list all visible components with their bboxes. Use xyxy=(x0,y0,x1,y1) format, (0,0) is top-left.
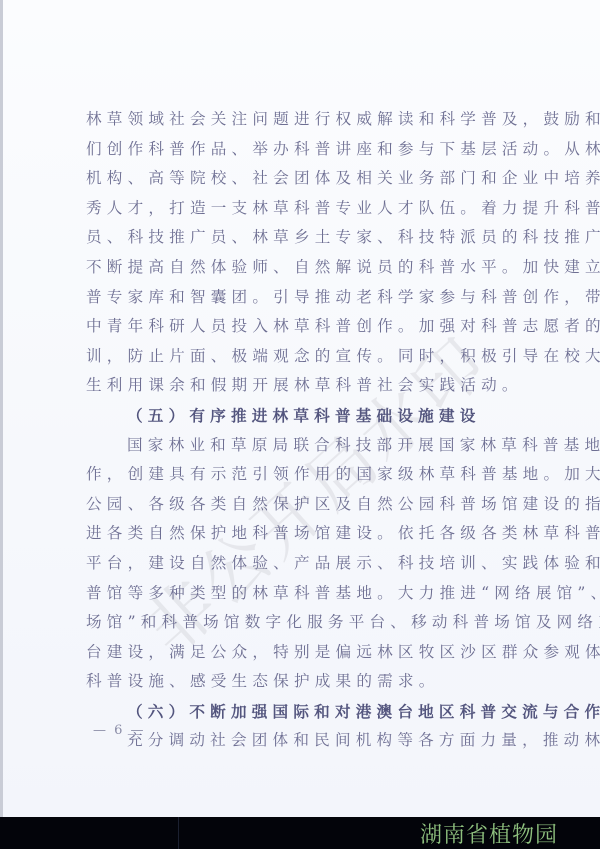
section-heading-6: （六）不断加强国际和对港澳台地区科普交流与合作 xyxy=(86,697,526,727)
body-line: 们创作科普作品、举办科普讲座和参与下基层活动。从林草科研 xyxy=(86,135,526,165)
document-page: 非公开局水印 林草领域社会关注问题进行权威解读和科学普及，鼓励和支持他 们创作科… xyxy=(0,0,600,817)
body-line: 普专家库和智囊团。引导推动老科学家参与科普创作，带动更多 xyxy=(86,283,526,313)
body-line: 机构、高等院校、社会团体及相关业务部门和企业中培养选拔优 xyxy=(86,164,526,194)
body-line: 中青年科研人员投入林草科普创作。加强对科普志愿者的专业培 xyxy=(86,312,526,342)
body-line: 不断提高自然体验师、自然解说员的科普水平。加快建立林草科 xyxy=(86,253,526,283)
footer-divider xyxy=(178,817,179,849)
body-line: 林草领域社会关注问题进行权威解读和科学普及，鼓励和支持他 xyxy=(86,105,526,135)
body-line: 秀人才，打造一支林草科普专业人才队伍。着力提升科普创作人 xyxy=(86,194,526,224)
section-heading-5: （五）有序推进林草科普基础设施建设 xyxy=(86,401,526,431)
paragraph-start: 充分调动社会团体和民间机构等各方面力量，推动林草科普 xyxy=(86,726,526,756)
body-line: 普馆等多种类型的林草科普基地。大力推进“网络展馆”、“虚拟 xyxy=(86,579,526,609)
body-line: 公园、各级各类自然保护区及自然公园科普场馆建设的指导，推 xyxy=(86,490,526,520)
site-logo-text: 湖南省植物园 xyxy=(420,818,558,849)
body-line: 生利用课余和假期开展林草科普社会实践活动。 xyxy=(86,371,526,401)
footer-bar: 湖南省植物园 xyxy=(0,817,600,849)
body-line: 场馆”和科普场馆数字化服务平台、移动科普场馆及网络直播平 xyxy=(86,608,526,638)
body-line: 进各类自然保护地科普场馆建设。依托各级各类林草科普资源和 xyxy=(86,519,526,549)
body-line: 平台，建设自然体验、产品展示、科技培训、实践体验和流动科 xyxy=(86,549,526,579)
body-line: 员、科技推广员、林草乡土专家、科技特派员的科技推广能力， xyxy=(86,223,526,253)
paragraph-start: 国家林业和草原局联合科技部开展国家林草科普基地建设工 xyxy=(86,431,526,461)
body-line: 训，防止片面、极端观念的宣传。同时，积极引导在校大中专学 xyxy=(86,342,526,372)
page-number: — 6 — xyxy=(93,723,146,738)
body-line: 作，创建具有示范引领作用的国家级林草科普基地。加大对国家 xyxy=(86,460,526,490)
body-line: 科普设施、感受生态保护成果的需求。 xyxy=(86,667,526,697)
body-line: 台建设，满足公众，特别是偏远林区牧区沙区群众参观体验各类 xyxy=(86,638,526,668)
document-body: 林草领域社会关注问题进行权威解读和科学普及，鼓励和支持他 们创作科普作品、举办科… xyxy=(86,105,526,756)
